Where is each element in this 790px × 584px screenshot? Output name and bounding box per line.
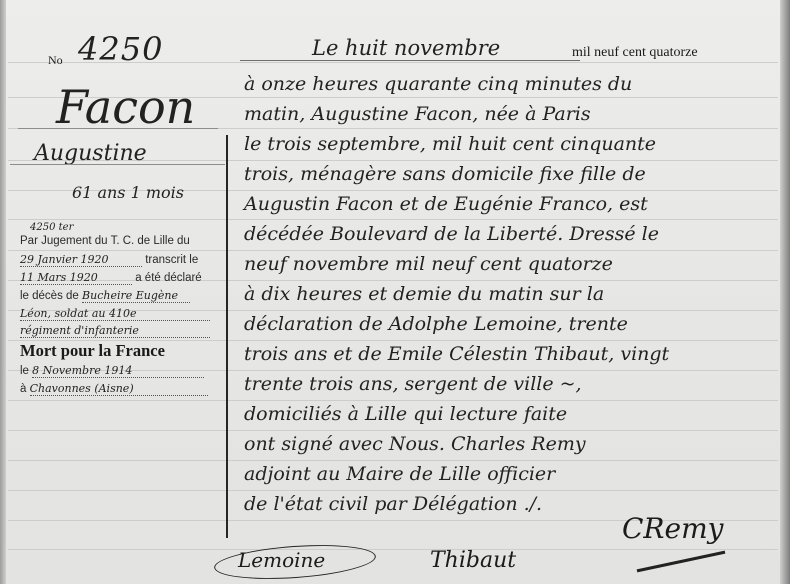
body-line: trois ans et de Emile Célestin Thibaut, … [244, 343, 669, 365]
death-place: Chavonnes (Aisne) [30, 382, 208, 396]
opening-printed: mil neuf cent quatorze [572, 45, 698, 61]
body-line: à onze heures quarante cinq minutes du [244, 73, 632, 95]
signature-lemoine: Lemoine [238, 548, 325, 572]
regiment: régiment d'infanterie [20, 324, 210, 338]
body-line: adjoint au Maire de Lille officier [244, 463, 555, 485]
opening-handwritten: Le huit novembre [312, 36, 500, 60]
body-line: le trois septembre, mil huit cent cinqua… [244, 133, 656, 155]
death-place-row: à Chavonnes (Aisne) [20, 382, 208, 396]
mort-pour-la-france: Mort pour la France [20, 341, 165, 361]
signature-remy: CRemy [622, 512, 723, 545]
a-label: à [20, 383, 26, 395]
regiment-row: régiment d'infanterie [20, 324, 210, 338]
ruled-line [8, 430, 778, 431]
document-page: No 4250 Facon Augustine 61 ans 1 mois 42… [0, 0, 790, 584]
declared-label: a été déclaré [135, 272, 202, 284]
surname-underline [18, 128, 218, 129]
deceased-cont-row: Léon, soldat au 410e [20, 307, 210, 321]
body-line: à dix heures et demie du matin sur la [244, 283, 604, 305]
le-label: le [20, 365, 29, 377]
body-line: de l'état civil par Délégation ./. [244, 493, 542, 515]
record-number-label: No [48, 53, 63, 68]
transcribed-label: transcrit le [145, 254, 198, 266]
death-date-row: le 8 Novembre 1914 [20, 364, 204, 378]
death-date: 8 Novembre 1914 [32, 364, 204, 378]
ruled-line [8, 219, 778, 220]
body-line: déclaration de Adolphe Lemoine, trente [244, 313, 628, 335]
judgement-date-row: 29 Janvier 1920 transcrit le [20, 253, 198, 267]
surname: Facon [56, 80, 195, 134]
annotation-ref: 4250 ter [30, 222, 73, 233]
signature-underline [637, 551, 726, 573]
body-line: décédée Boulevard de la Liberté. Dressé … [244, 223, 659, 245]
given-name-underline [10, 164, 225, 165]
given-name: Augustine [34, 141, 147, 166]
ruled-line [8, 400, 778, 401]
body-line: Augustin Facon et de Eugénie Franco, est [244, 193, 648, 215]
page-right-edge [780, 0, 790, 584]
transcription-date-row: 11 Mars 1920 a été déclaré [20, 271, 202, 285]
ruled-line [8, 460, 778, 461]
age: 61 ans 1 mois [72, 183, 184, 202]
margin-divider [226, 135, 228, 538]
signature-thibaut: Thibaut [430, 548, 516, 573]
page-left-edge [0, 0, 6, 584]
body-line: ont signé avec Nous. Charles Remy [244, 433, 586, 455]
body-line: trois, ménagère sans domicile fixe fille… [244, 163, 646, 185]
ruled-line [8, 250, 778, 251]
opening-underline [240, 60, 580, 61]
judgement-line: Par Jugement du T. C. de Lille du [20, 235, 190, 247]
record-number: 4250 [78, 30, 163, 68]
body-line: neuf novembre mil neuf cent quatorze [244, 253, 613, 275]
ruled-line [8, 490, 778, 491]
deceased-name: Bucheire Eugène [82, 289, 190, 303]
deceased-row: le décès de Bucheire Eugène [20, 289, 190, 303]
judgement-date: 29 Janvier 1920 [20, 253, 142, 267]
body-line: trente trois ans, sergent de ville ~, [244, 373, 582, 395]
deces-label: le décès de [20, 290, 79, 302]
transcription-date: 11 Mars 1920 [20, 271, 132, 285]
ruled-line [8, 549, 778, 550]
body-line: domiciliés à Lille qui lecture faite [244, 403, 567, 425]
deceased-name-cont: Léon, soldat au 410e [20, 307, 210, 321]
body-line: matin, Augustine Facon, née à Paris [244, 103, 591, 125]
